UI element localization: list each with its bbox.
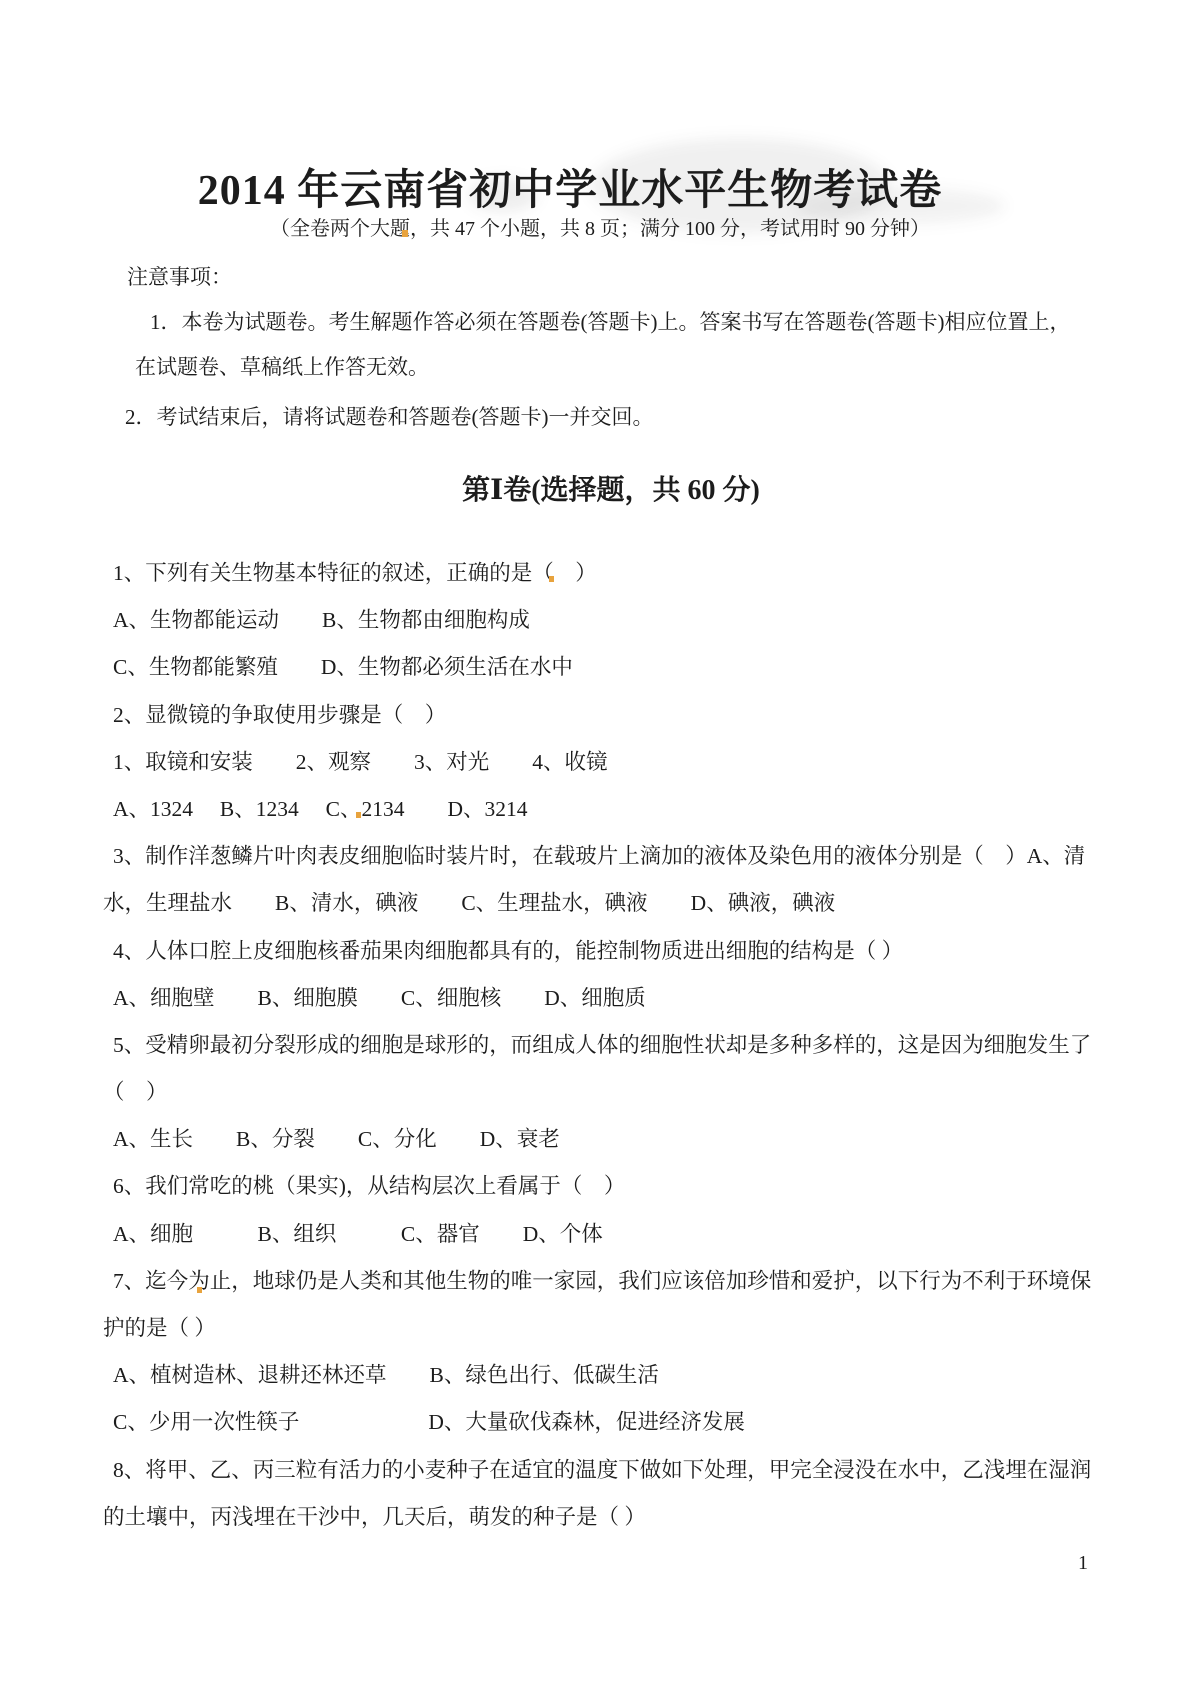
spellcheck-mark: [197, 1287, 202, 1293]
exam-title: 2014 年云南省初中学业水平生物考试卷: [0, 170, 1140, 212]
page-number: 1: [1078, 1553, 1088, 1573]
text-line: 1、下列有关生物基本特征的叙述，正确的是（ ）: [0, 550, 1200, 597]
spellcheck-mark: [356, 812, 361, 818]
text-line: 2、显微镜的争取使用步骤是（ ）: [0, 692, 1200, 739]
text-line: A、生物都能运动 B、生物都由细胞构成: [0, 597, 1200, 644]
notice-item-1-continued: 在试题卷、草稿纸上作答无效。: [135, 357, 429, 378]
text-line: 4、人体口腔上皮细胞核番茄果肉细胞都具有的，能控制物质进出细胞的结构是（ ）: [0, 928, 1200, 975]
text-line: C、生物都能繁殖 D、生物都必须生活在水中: [0, 644, 1200, 691]
question-lines: 1、下列有关生物基本特征的叙述，正确的是（ ）A、生物都能运动 B、生物都由细胞…: [0, 550, 1200, 1541]
notice-item-2: 2．考试结束后，请将试题卷和答题卷(答题卡)一并交回。: [125, 407, 653, 428]
text-line: 7、迄今为止，地球仍是人类和其他生物的唯一家园，我们应该倍加珍惜和爱护，以下行为…: [0, 1258, 1200, 1305]
spellcheck-mark: [402, 230, 408, 237]
text-line: C、少用一次性筷子 D、大量砍伐森林，促进经济发展: [0, 1399, 1200, 1446]
text-line: 护的是（ ）: [0, 1305, 1200, 1352]
text-line: 水，生理盐水 B、清水，碘液 C、生理盐水，碘液 D、碘液，碘液: [0, 880, 1200, 927]
notice-heading: 注意事项：: [127, 267, 232, 288]
text-line: A、植树造林、退耕还林还草 B、绿色出行、低碳生活: [0, 1352, 1200, 1399]
section-1-heading: 第Ⅰ卷(选择题，共 60 分): [11, 477, 1200, 505]
text-line: 8、将甲、乙、丙三粒有活力的小麦种子在适宜的温度下做如下处理，甲完全浸没在水中，…: [0, 1447, 1200, 1494]
spellcheck-mark: [549, 576, 554, 582]
text-line: A、1324 B、1234 C、2134 D、3214: [0, 786, 1200, 833]
text-line: A、细胞 B、组织 C、器官 D、个体: [0, 1211, 1200, 1258]
text-line: A、细胞壁 B、细胞膜 C、细胞核 D、细胞质: [0, 975, 1200, 1022]
notice-item-1: 1．本卷为试题卷。考生解题作答必须在答题卷(答题卡)上。答案书写在答题卷(答题卡…: [150, 312, 1070, 333]
text-line: 的土壤中，丙浅埋在干沙中，几天后，萌发的种子是（ ）: [0, 1494, 1200, 1541]
text-line: 1、取镜和安装 2、观察 3、对光 4、收镜: [0, 739, 1200, 786]
text-line: 5、受精卵最初分裂形成的细胞是球形的，而组成人体的细胞性状却是多种多样的，这是因…: [0, 1022, 1200, 1069]
text-line: （ ）: [0, 1069, 1200, 1116]
exam-subtitle: （全卷两个大题，共 47 个小题，共 8 页；满分 100 分，考试用时 90 …: [0, 219, 1200, 239]
text-line: 3、制作洋葱鳞片叶肉表皮细胞临时装片时，在载玻片上滴加的液体及染色用的液体分别是…: [0, 833, 1200, 880]
text-line: A、生长 B、分裂 C、分化 D、衰老: [0, 1116, 1200, 1163]
text-line: 6、我们常吃的桃（果实)，从结构层次上看属于（ ）: [0, 1163, 1200, 1210]
exam-document-page: 2014 年云南省初中学业水平生物考试卷 （全卷两个大题，共 47 个小题，共 …: [0, 0, 1200, 1698]
